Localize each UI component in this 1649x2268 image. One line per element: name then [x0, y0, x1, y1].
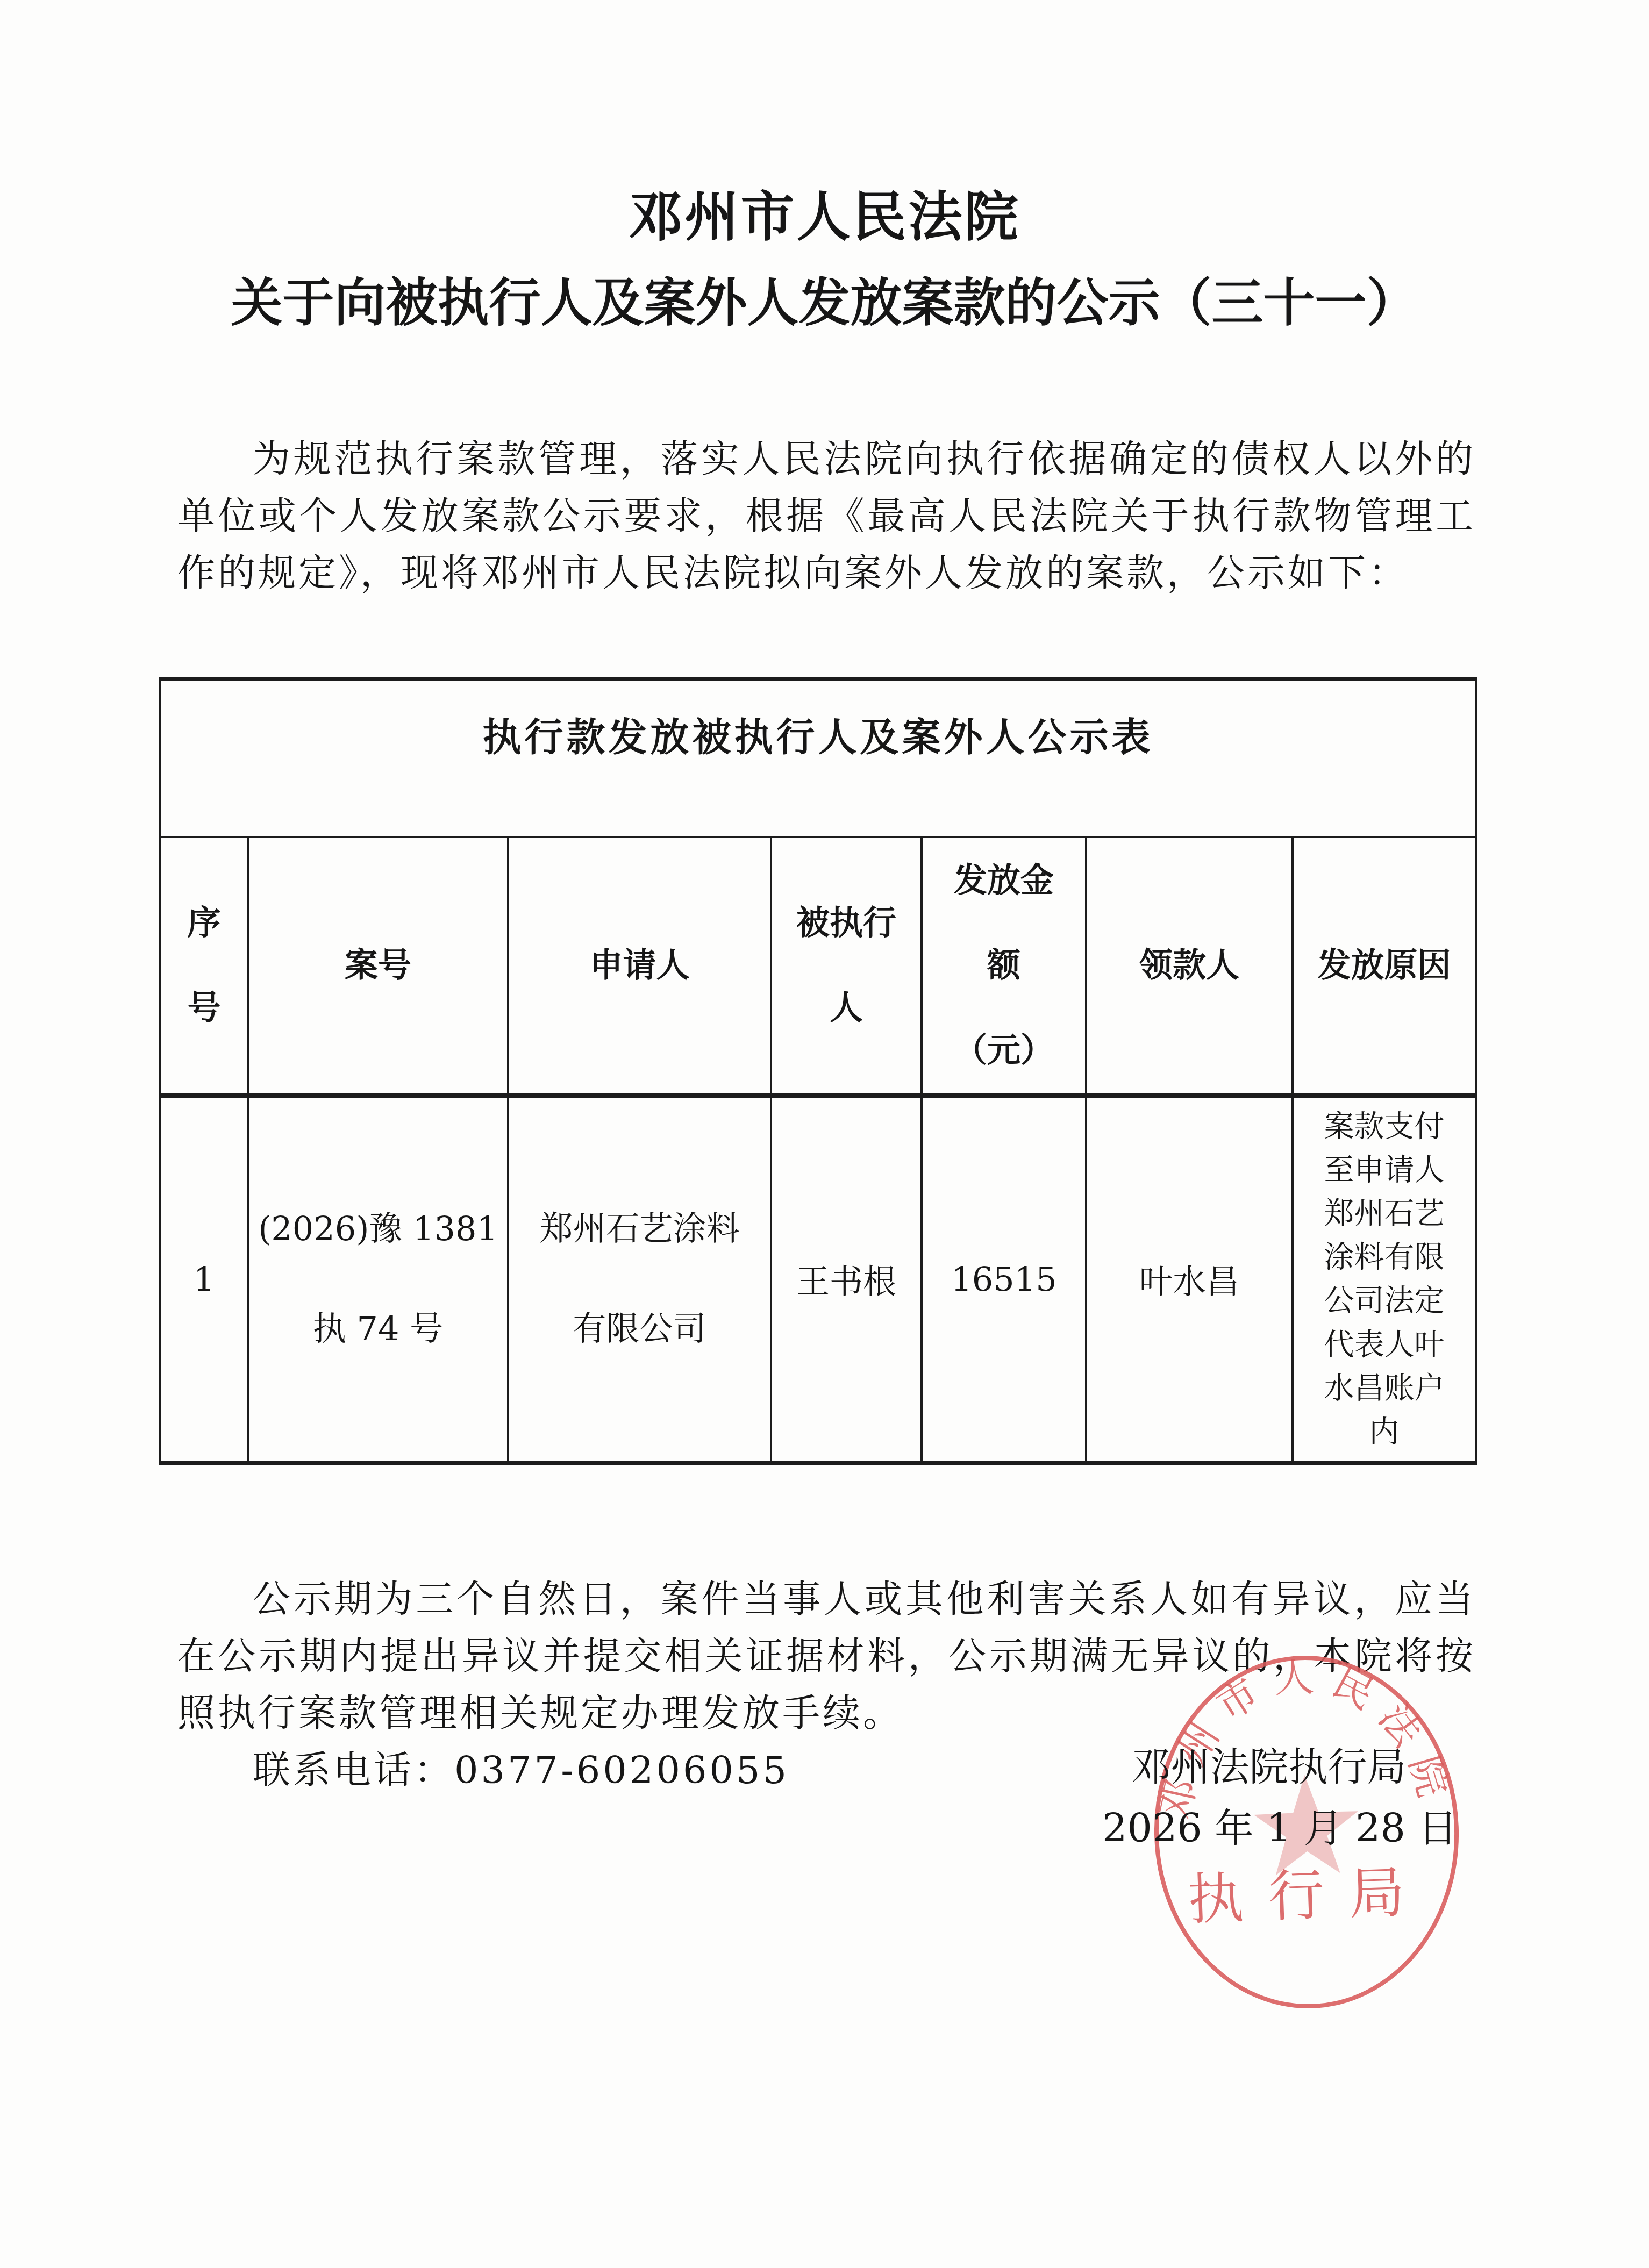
cell-payee: 叶水昌	[1086, 1095, 1293, 1463]
header-reason: 发放原因	[1293, 837, 1476, 1096]
signature-date: 2026 年 1 月 28 日	[1102, 1806, 1436, 1851]
table-title: 执行款发放被执行人及案外人公示表	[160, 679, 1476, 837]
table-header-row: 序号 案号 申请人 被执行人 发放金额（元） 领款人 发放原因	[160, 837, 1476, 1096]
signature-issuer: 邓州法院执行局	[1102, 1745, 1436, 1790]
header-payee: 领款人	[1086, 837, 1293, 1096]
intro-paragraph: 为规范执行案款管理，落实人民法院向执行依据确定的债权人以外的单位或个人发放案款公…	[177, 431, 1476, 602]
header-seq: 序号	[160, 837, 248, 1096]
table-row: 1 (2026)豫 1381 执 74 号 郑州石艺涂料有限公司 王书根 165…	[160, 1095, 1476, 1463]
cell-reason: 案款支付至申请人郑州石艺涂料有限公司法定代表人叶水昌账户内	[1293, 1095, 1476, 1463]
seal-bureau-text: 执行局	[1187, 1858, 1431, 1933]
header-case-no: 案号	[248, 837, 508, 1096]
signature-block: 邓州法院执行局 2026 年 1 月 28 日	[1102, 1745, 1436, 1851]
cell-seq: 1	[160, 1095, 248, 1463]
cell-case-no: (2026)豫 1381 执 74 号	[248, 1095, 508, 1463]
publicity-table-wrap: 执行款发放被执行人及案外人公示表 序号 案号 申请人 被执行人 发放金额（元） …	[159, 677, 1475, 1465]
page-subtitle: 关于向被执行人及案外人发放案款的公示（三十一）	[0, 274, 1649, 331]
cell-amount: 16515	[922, 1095, 1086, 1463]
cell-executee: 王书根	[771, 1095, 922, 1463]
header-amount: 发放金额（元）	[922, 837, 1086, 1096]
header-applicant: 申请人	[508, 837, 771, 1096]
cell-applicant: 郑州石艺涂料有限公司	[508, 1095, 771, 1463]
table-title-row: 执行款发放被执行人及案外人公示表	[160, 679, 1476, 837]
header-executee: 被执行人	[771, 837, 922, 1096]
page-title: 邓州市人民法院	[0, 0, 1649, 246]
publicity-table: 执行款发放被执行人及案外人公示表 序号 案号 申请人 被执行人 发放金额（元） …	[159, 677, 1477, 1465]
scanned-court-notice: 邓州市人民法院 关于向被执行人及案外人发放案款的公示（三十一） 为规范执行案款管…	[0, 0, 1649, 2268]
